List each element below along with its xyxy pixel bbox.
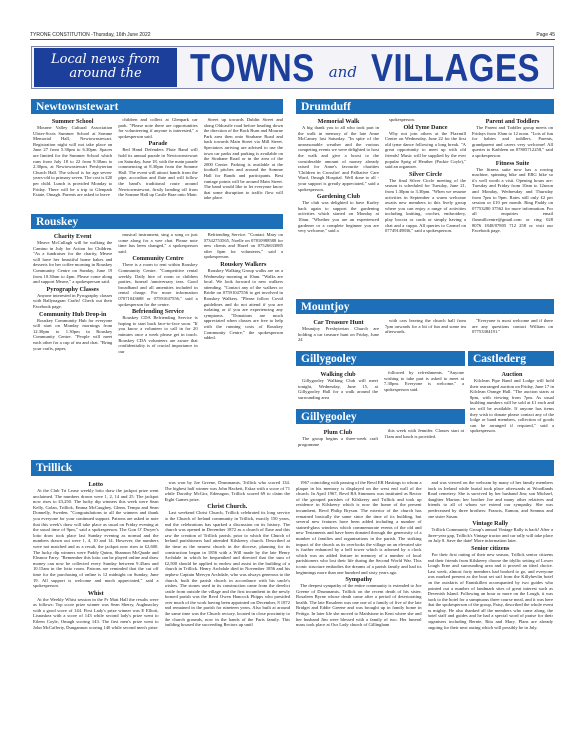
section-castlederg: AuctionKilclean Pipe Band and Lodge will… [470, 370, 554, 454]
article-column: Street up towards Dublin Street and alon… [204, 117, 283, 209]
article-column: Car Treasure HuntMountjoy Presbyterian C… [298, 318, 379, 350]
section-mountjoy: Car Treasure HuntMountjoy Presbyterian C… [298, 318, 553, 350]
article-headline: Charity Event [33, 233, 112, 240]
article-body: Meave McCullagh will be walking the Cami… [33, 240, 112, 285]
article-body: Anyone interested in Pyrography classes … [33, 293, 112, 310]
page-number: Page 45 [536, 32, 555, 38]
tagline-line2: around the [34, 67, 177, 81]
title-and: and [329, 63, 357, 81]
section-trillick: LottoAt the Club Tri Lease weekly lotto … [33, 480, 553, 710]
article-headline: Sympathy [296, 576, 422, 583]
article-body: The group begins a three-week craft prog… [298, 436, 378, 447]
section-gillygooley-plum: Plum ClubThe group begins a three-week c… [298, 428, 464, 452]
article-body: Kilclean Pipe Band and Lodge will hold t… [470, 378, 554, 434]
article-body: this week with Jennifer. Classes start a… [384, 428, 464, 439]
section-header-mountjoy: Mountjoy [296, 299, 554, 314]
article-body: Why not join others at the Flaxmill Cent… [385, 131, 466, 170]
masthead-banner: Local news from around the TOWNS and VIL… [31, 46, 554, 89]
article-body: Mountjoy Presbyterian Church are holding… [298, 326, 379, 343]
article-headline: Pyrography Classes [33, 286, 112, 293]
article-body: For their first outing of their new seas… [428, 552, 554, 630]
article-column: this week with Jennifer. Classes start a… [384, 428, 464, 452]
article-column: Parent and ToddlersThe Parent and Toddle… [472, 117, 553, 297]
article-column: Charity EventMeave McCullagh will be wal… [33, 232, 112, 454]
article-body: Street up towards Dublin Street and alon… [204, 117, 283, 201]
article-body: followed by refreshments. "Anyone wishin… [384, 370, 464, 392]
article-headline: Parent and Toddlers [472, 118, 553, 125]
article-column: musical instrument, sing a song or just … [118, 232, 197, 454]
section-header-rouskey: Rouskey [31, 214, 283, 229]
article-column: AuctionKilclean Pipe Band and Lodge will… [470, 370, 554, 454]
section-drumduff: Memorial WalkA big thank you to all who … [298, 117, 553, 297]
masthead-title: TOWNS and VILLAGES [177, 49, 553, 87]
section-header-newtownstewart: Newtownstewart [31, 99, 283, 114]
article-body: The fitness suite now has a rowing machi… [472, 167, 553, 234]
article-body: Trillick Community Group's annual Vintag… [428, 527, 554, 544]
article-headline: Walking club [298, 371, 378, 378]
article-body: was won by Joe Greene, Drumnamis, Trilli… [165, 480, 291, 502]
article-column: followed by refreshments. "Anyone wishin… [384, 370, 464, 406]
section-header-gillygooley-plum: Gillygooley [296, 409, 465, 424]
section-header-gillygooley-walking: Gillygooley [296, 351, 465, 366]
article-headline: Plum Club [298, 429, 378, 436]
article-body: There is a room to rent within Rouskey C… [118, 262, 197, 307]
article-headline: Memorial Walk [298, 118, 379, 125]
article-body: A big thank you to all who took part in … [298, 125, 379, 192]
article-column: Memorial WalkA big thank you to all who … [298, 117, 379, 297]
section-header-trillick: Trillick [31, 460, 554, 476]
section-header-castlederg: Castlederg [468, 351, 554, 366]
article-headline: Christ Church. [165, 503, 291, 510]
article-column: was won by Joe Greene, Drumnamis, Trilli… [165, 480, 291, 710]
article-headline: Rouskey Walkers [204, 261, 283, 268]
article-body: "Everyone is most welcome and if there a… [472, 318, 553, 335]
article-body: Last weekend Christ Church, Trillick cel… [165, 510, 291, 627]
article-body: with cars leaving the church hall from 7… [385, 318, 466, 335]
article-column: LottoAt the Club Tri Lease weekly lotto … [33, 480, 159, 710]
article-body: Gillygooley Walking Club will meet tonig… [298, 378, 378, 400]
article-headline: Community Hub Drop-in [33, 311, 112, 318]
article-body: The deepest sympathy of the entire commu… [296, 583, 422, 628]
section-rouskey: Charity EventMeave McCullagh will be wal… [33, 232, 283, 454]
article-headline: Auction [470, 371, 554, 378]
article-column: spokesperson.Old Tyme DanceWhy not join … [385, 117, 466, 297]
article-body: At the Weekly Whist session in the Fr Ma… [33, 597, 159, 631]
article-headline: Old Tyme Dance [385, 124, 466, 131]
title-villages: VILLAGES [371, 45, 540, 90]
article-column: Summer SchoolMourne Valley Cultural Asso… [33, 117, 112, 209]
article-body: The club was delighted to have Karley ba… [298, 200, 379, 234]
article-headline: Senior citizens [428, 545, 554, 552]
article-body: At the Club Tri Lease weekly lotto draw … [33, 488, 159, 589]
article-headline: Community Centre [118, 255, 197, 262]
article-column: children and collect at Glenpark car par… [118, 117, 197, 209]
article-body: 1967 coinciding with passing of the Revd… [296, 480, 422, 575]
article-body: spokesperson. [385, 117, 466, 123]
article-body: Rouskey CDA Befriending Service is hopin… [118, 315, 197, 354]
article-body: Red Hand Defenders Flute Band will hold … [118, 147, 197, 197]
article-column: 1967 coinciding with passing of the Revd… [296, 480, 422, 710]
article-body: children and collect at Glenpark car par… [118, 117, 197, 139]
section-header-drumduff: Drumduff [296, 99, 554, 114]
article-body: Rouskey Community Hub for everyone will … [33, 318, 112, 352]
article-headline: Whist [33, 590, 159, 597]
article-headline: Summer School [33, 118, 112, 125]
section-gillygooley-walking: Walking clubGillygooley Walking Club wil… [298, 370, 464, 406]
article-body: Mourne Valley Cultural Association Ulste… [33, 125, 112, 198]
page-header: TYRONE CONSTITUTION -Thursday, 16th June… [30, 30, 555, 40]
title-towns: TOWNS [190, 45, 315, 90]
article-body: Rouskey Walking Group walks are on a Wed… [204, 268, 283, 341]
article-column: Walking clubGillygooley Walking Club wil… [298, 370, 378, 406]
article-column: Plum ClubThe group begins a three-week c… [298, 428, 378, 452]
article-body: musical instrument, sing a song or just … [118, 232, 197, 254]
article-body: Befriending Service. "Contact Mary on 07… [204, 232, 283, 260]
article-body: The Parent and Toddler group meets on Fr… [472, 125, 553, 159]
article-column: "Everyone is most welcome and if there a… [472, 318, 553, 350]
masthead-tagline: Local news from around the [34, 48, 177, 87]
article-column: Befriending Service. "Contact Mary on 07… [204, 232, 283, 454]
article-body: and was viewed on the webcam by many of … [428, 480, 554, 519]
article-column: with cars leaving the church hall from 7… [385, 318, 466, 350]
article-headline: Befriending Service [118, 308, 197, 315]
section-newtownstewart: Summer SchoolMourne Valley Cultural Asso… [33, 117, 283, 209]
article-headline: Fitness Suite [472, 160, 553, 167]
publication-dateline: TYRONE CONSTITUTION -Thursday, 16th June… [30, 32, 151, 38]
article-headline: Gardening Club [298, 193, 379, 200]
article-headline: Lotto [33, 481, 159, 488]
article-headline: Parade [118, 140, 197, 147]
article-column: and was viewed on the webcam by many of … [428, 480, 554, 710]
article-headline: Car Treasure Hunt [298, 319, 379, 326]
article-body: The final Silver Circle meeting of the s… [385, 178, 466, 234]
tagline-line1: Local news from [34, 53, 177, 67]
article-headline: Vintage Rally [428, 520, 554, 527]
article-headline: Silver Circle [385, 171, 466, 178]
